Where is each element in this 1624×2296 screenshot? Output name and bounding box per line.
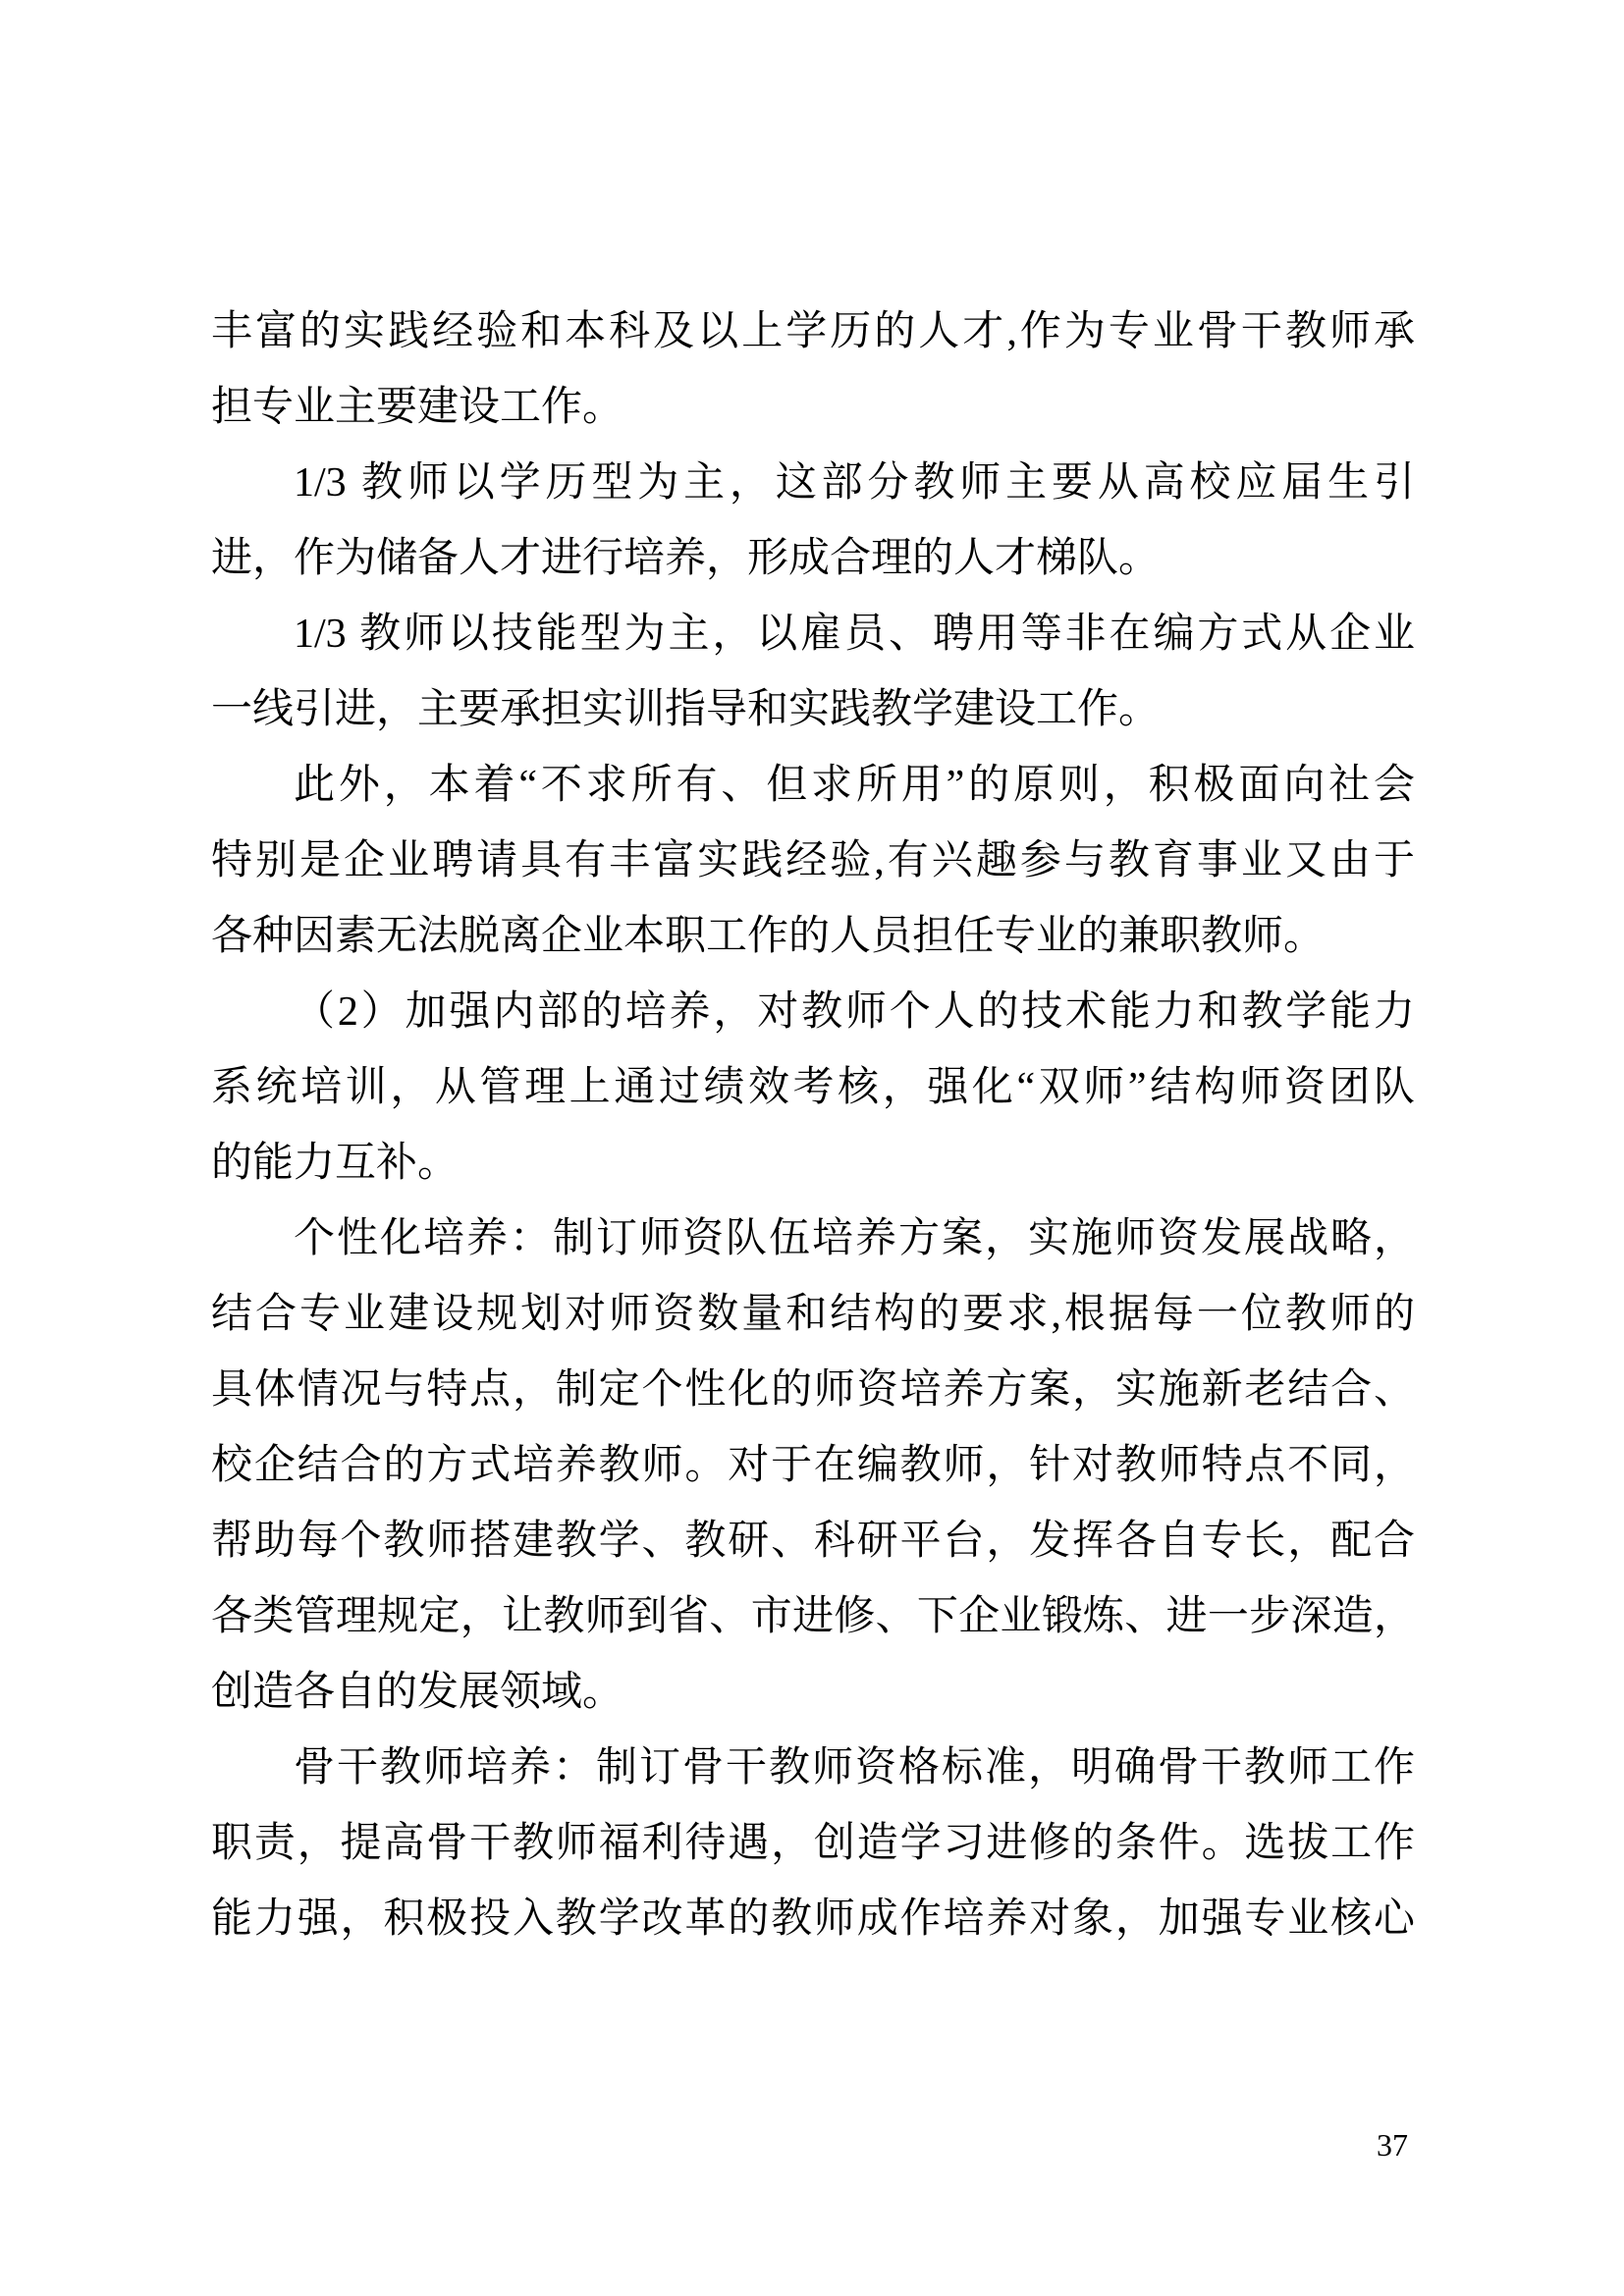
text-line: （2）加强内部的培养，对教师个人的技术能力和教学能力 bbox=[211, 975, 1415, 1050]
text-line: 各类管理规定，让教师到省、市进修、下企业锻炼、进一步深造， bbox=[211, 1579, 1415, 1655]
text-line: 系统培训，从管理上通过绩效考核，强化“双师”结构师资团队 bbox=[211, 1050, 1415, 1126]
text-line: 骨干教师培养：制订骨干教师资格标准，明确骨干教师工作 bbox=[211, 1731, 1415, 1806]
text-line: 校企结合的方式培养教师。对于在编教师，针对教师特点不同， bbox=[211, 1428, 1415, 1504]
text-line: 1/3 教师以学历型为主，这部分教师主要从高校应届生引 bbox=[211, 446, 1415, 521]
text-line: 一线引进，主要承担实训指导和实践教学建设工作。 bbox=[211, 672, 1415, 748]
text-line: 此外，本着“不求所有、但求所用”的原则，积极面向社会 bbox=[211, 748, 1415, 824]
page-number: 37 bbox=[1377, 2126, 1435, 2163]
body-text: 丰富的实践经验和本科及以上学历的人才,作为专业骨干教师承担专业主要建设工作。1/… bbox=[211, 294, 1415, 1957]
text-line: 创造各自的发展领域。 bbox=[211, 1655, 1415, 1731]
text-line: 进，作为储备人才进行培养，形成合理的人才梯队。 bbox=[211, 521, 1415, 597]
text-line: 丰富的实践经验和本科及以上学历的人才,作为专业骨干教师承 bbox=[211, 294, 1415, 370]
text-line: 1/3 教师以技能型为主，以雇员、聘用等非在编方式从企业 bbox=[211, 597, 1415, 672]
text-line: 各种因素无法脱离企业本职工作的人员担任专业的兼职教师。 bbox=[211, 899, 1415, 975]
text-line: 具体情况与特点，制定个性化的师资培养方案，实施新老结合、 bbox=[211, 1353, 1415, 1428]
text-line: 特别是企业聘请具有丰富实践经验,有兴趣参与教育事业又由于 bbox=[211, 824, 1415, 899]
text-line: 个性化培养：制订师资队伍培养方案，实施师资发展战略， bbox=[211, 1201, 1415, 1277]
text-line: 职责，提高骨干教师福利待遇，创造学习进修的条件。选拔工作 bbox=[211, 1806, 1415, 1882]
text-line: 担专业主要建设工作。 bbox=[211, 370, 1415, 446]
text-line: 帮助每个教师搭建教学、教研、科研平台，发挥各自专长，配合 bbox=[211, 1504, 1415, 1579]
text-line: 能力强，积极投入教学改革的教师成作培养对象，加强专业核心 bbox=[211, 1882, 1415, 1957]
document-page: 丰富的实践经验和本科及以上学历的人才,作为专业骨干教师承担专业主要建设工作。1/… bbox=[0, 0, 1624, 2296]
text-line: 结合专业建设规划对师资数量和结构的要求,根据每一位教师的 bbox=[211, 1277, 1415, 1353]
text-line: 的能力互补。 bbox=[211, 1126, 1415, 1201]
